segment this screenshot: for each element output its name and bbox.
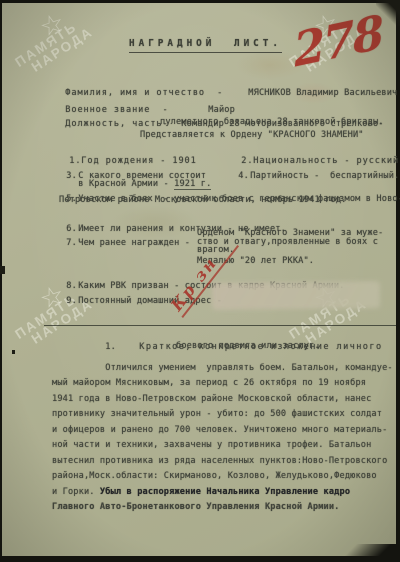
item-9-number: 9. [66,296,78,306]
citation-line: района,Моск.области: Скирманово, Козлово… [52,469,398,484]
citation-line: противнику значительный урон - убито: до… [52,407,398,422]
citation-line: и офицеров и ранено до 700 человек. Унич… [52,423,398,438]
citation-line: ной части и техники, захвачены у противн… [52,438,398,453]
edge-speck [0,266,5,274]
citation-bold-line1: Убыл в распоряжение Начальника Управлени… [100,487,350,497]
citation-line: мый майором Мясниковым, за период с 26 о… [52,376,398,391]
citation-bold-line2: Главного Авто-Бронетанкового Управления … [52,500,398,515]
document-title: НАГРАДНОЙ ЛИСТ. [129,39,282,53]
scan-corner-shadow [330,544,400,562]
item-7-label: Чем ранее награжден - [78,238,190,248]
submission-line: Представляется к Ордену "КРАСНОГО ЗНАМЕН… [140,130,364,140]
citation-line: вытеснил противника из ряда населенных п… [52,454,398,469]
section-divider [44,325,396,326]
scan-viewport: ☆ ПАМЯТЬ НАРОДА ☆ ПАМЯТЬ НАРОДА ☆ ПАМЯТЬ… [0,0,400,562]
name-value: МЯСНИКОВ Владимир Васильевич [248,88,397,98]
section2-heading-line2: боевого подвига или заслуг. [176,341,320,351]
edge-speck [12,350,15,354]
item-7-number: 7. [66,238,78,248]
item-5-line2: Петровском районе Московской области, но… [59,195,347,205]
citation-line: Отличился умением управлять боем. Баталь… [52,361,398,376]
item-7: 7.Чем ранее награжден - [45,228,190,258]
scan-corner-shadow [376,0,400,26]
item-4-number: 4. [238,171,250,181]
position-value-line2: пулеметного батальона 28 танковой бригад… [160,117,384,127]
citation-tail-normal: и Горки. [52,487,100,497]
citation-line-mixed: и Горки. Убыл в распоряжение Начальника … [52,485,398,500]
citation-paragraph: Отличился умением управлять боем. Баталь… [52,361,398,516]
item-9-text: Постоянный домашний адрес - [78,296,222,306]
citation-line: 1941 года в Ново-Петровском районе Моско… [52,392,398,407]
item-4-text: Партийность - беспартийный. [250,171,399,181]
section2-heading-number: 1. [105,342,139,352]
redacted-address-area [212,281,380,310]
